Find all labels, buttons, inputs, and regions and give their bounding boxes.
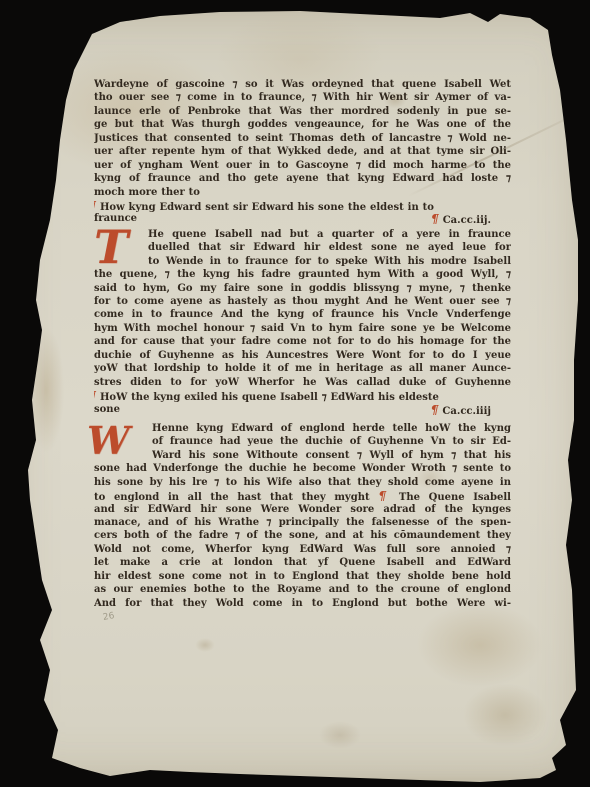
chapter-cciii-lines: He quene Isabell nad but a quarter of a … <box>94 228 511 389</box>
lombardic-t-glyph: T <box>94 228 148 266</box>
inline-line-post: The Quene Isabell <box>399 492 511 502</box>
paragraph-last-line: moch more ther to <box>94 186 511 199</box>
pilcrow-icon: ¶ <box>94 199 96 212</box>
paragraph-gascoine: Wardeyne of gascoine ⁊ so it Was ordeyne… <box>94 78 511 186</box>
text-line: Wold not come, Wherfor kyng EdWard Was f… <box>94 543 511 556</box>
text-line: Justices that consented to seint Thomas … <box>94 132 511 145</box>
chapter-heading-cont-text: sone <box>94 403 120 416</box>
drop-cap-initial-w: W <box>94 422 152 462</box>
text-line: as our enemies bothe to the Royame and t… <box>94 583 511 596</box>
text-line: cers both of the fadre ⁊ of the sone, an… <box>94 529 511 542</box>
manuscript-page: Wardeyne of gascoine ⁊ so it Was ordeyne… <box>0 0 590 787</box>
chapter-number-text: Ca.cc.iij. <box>443 215 491 225</box>
text-line: launce erle of Penbroke that Was ther mo… <box>94 105 511 118</box>
text-line: yoW that lordship to holde it of me in h… <box>94 362 511 375</box>
text-line: ge but that Was thurgh goddes vengeaunce… <box>94 118 511 131</box>
pilcrow-icon: ¶ <box>431 212 439 225</box>
text-line: And for that they Wold come in to Englon… <box>94 597 511 610</box>
text-line: duelled that sir Edward hir eldest sone … <box>148 241 511 254</box>
text-line: tho ouer see ⁊ come in to fraunce, ⁊ Wit… <box>94 91 511 104</box>
text-line: and sir EdWard hir sone Were Wonder sore… <box>94 503 511 516</box>
text-line: and for cause that your fadre come not f… <box>94 335 511 348</box>
text-line: Wardeyne of gascoine ⁊ so it Was ordeyne… <box>94 78 511 91</box>
text-block: Wardeyne of gascoine ⁊ so it Was ordeyne… <box>94 78 511 610</box>
text-line: uer of yngham Went ouer in to Gascoyne ⁊… <box>94 159 511 172</box>
text-line: stres diden to for yoW Wherfor he Was ca… <box>94 376 511 389</box>
text-line: uer after repente hym of that Wykked ded… <box>94 145 511 158</box>
text-line: hym With mochel honour ⁊ said Vn to hym … <box>94 322 511 335</box>
chapter-heading-cciii-cont: fraunce ¶Ca.cc.iij. <box>94 212 511 225</box>
chapter-cciv-body: W Henne kyng Edward of englond herde tel… <box>94 422 511 610</box>
chapter-number: ¶Ca.cc.iij. <box>431 212 511 225</box>
text-line: the quene, ⁊ the kyng his fadre graunted… <box>94 268 511 281</box>
text-line: kyng of fraunce and tho gete ayene that … <box>94 172 511 185</box>
chapter-cciii-body: T He quene Isabell nad but a quarter of … <box>94 228 511 389</box>
drop-cap-initial-t: T <box>94 228 148 268</box>
chapter-cciv-lines-a: Henne kyng Edward of englond herde telle… <box>94 422 511 489</box>
text-line: manace, and of his Wrathe ⁊ principally … <box>94 516 511 529</box>
chapter-heading-cciii: ¶How kyng Edward sent sir Edward his son… <box>94 199 511 212</box>
text-line: said to hym, Go my faire sone in goddis … <box>94 282 511 295</box>
text-line: sone had Vnderfonge the duchie he become… <box>94 462 511 475</box>
text-line: of fraunce had yeue the duchie of Guyhen… <box>152 435 511 448</box>
text-line: come in to fraunce And the kyng of fraun… <box>94 308 511 321</box>
pilcrow-icon: ¶ <box>378 489 386 502</box>
text-line: to Wende in to fraunce for to speke With… <box>148 255 511 268</box>
lombardic-w-glyph: W <box>87 422 152 460</box>
photo-background: Wardeyne of gascoine ⁊ so it Was ordeyne… <box>0 0 590 787</box>
chapter-heading-cciv-cont: sone ¶Ca.cc.iiij <box>94 403 511 416</box>
chapter-heading-cciv: ¶HoW the kyng exiled his quene Isabell ⁊… <box>94 389 511 402</box>
inline-line-pre: to englond in all the hast that they myg… <box>94 492 370 502</box>
chapter-cciv-lines-b: and sir EdWard hir sone Were Wonder sore… <box>94 503 511 611</box>
text-line: let make a crie at london that yf Quene … <box>94 556 511 569</box>
text-line: duchie of Guyhenne as his Auncestres Wer… <box>94 349 511 362</box>
text-line: for to come ayene as hastely as thou myg… <box>94 295 511 308</box>
chapter-cciv-inline-rubric-line: to englond in all the hast that they myg… <box>94 489 511 502</box>
text-line: He quene Isabell nad but a quarter of a … <box>148 228 511 241</box>
pilcrow-icon: ¶ <box>430 403 438 416</box>
pencil-annotation: 26 <box>102 611 115 623</box>
chapter-heading-text: How kyng Edward sent sir Edward his sone… <box>100 202 434 212</box>
chapter-number: ¶Ca.cc.iiij <box>430 403 511 416</box>
text-line: Henne kyng Edward of englond herde telle… <box>152 422 511 435</box>
pilcrow-icon: ¶ <box>94 389 96 402</box>
text-line: his sone by his lre ⁊ to his Wife also t… <box>94 476 511 489</box>
text-line: hir eldest sone come not in to Englond t… <box>94 570 511 583</box>
text-line: Ward his sone Withoute consent ⁊ Wyll of… <box>152 449 511 462</box>
chapter-number-text: Ca.cc.iiij <box>442 406 491 416</box>
chapter-heading-text: HoW the kyng exiled his quene Isabell ⁊ … <box>100 392 439 402</box>
